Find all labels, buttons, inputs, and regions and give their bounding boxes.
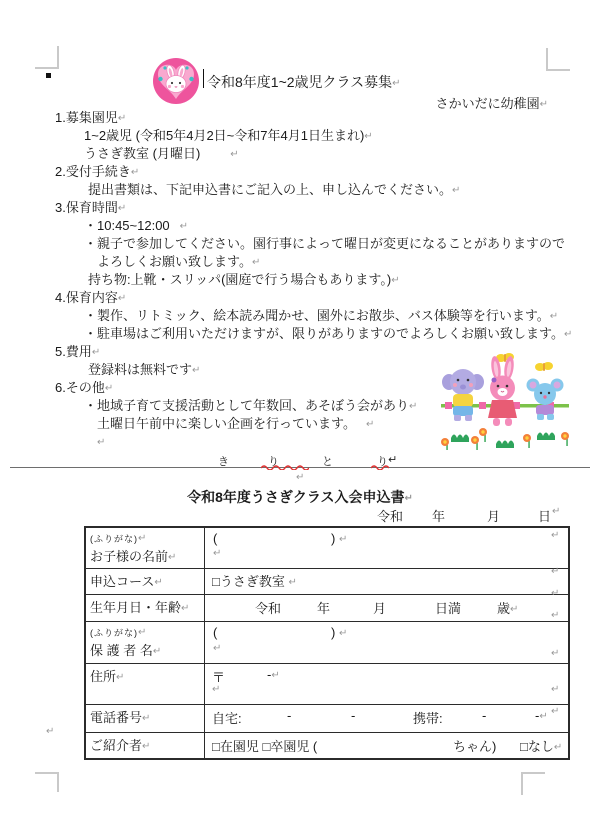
row-end-mark: ↵ xyxy=(551,530,559,541)
address-input-cell[interactable]: 〒 -↵ ↵ xyxy=(205,664,570,705)
paragraph-mark: ↵ xyxy=(252,257,260,268)
rabbit xyxy=(488,355,517,426)
paragraph-mark: ↵ xyxy=(118,113,126,124)
cutline-char: き xyxy=(218,453,229,469)
paragraph-mark: ↵ xyxy=(142,741,150,752)
paragraph-mark: ↵ xyxy=(392,78,400,89)
paragraph-mark: ↵ xyxy=(296,472,304,483)
child-name-label-cell: (ふりがな)↵ お子様の名前↵ xyxy=(85,527,205,569)
referrer-none-option: □なし↵ xyxy=(520,736,562,755)
paragraph-mark: ↵ xyxy=(192,365,200,376)
address-label-cell: 住所↵ xyxy=(85,664,205,705)
doc-line: ・親子で参加してください。園行事によって曜日が変更になることがありますので xyxy=(0,235,600,253)
birth-month: 月 xyxy=(373,598,386,617)
table-row-guardian-name: (ふりがな)↵ 保 護 者 名↵ ( ) ↵ ↵ xyxy=(85,622,569,664)
phone-home-label: 自宅: xyxy=(212,708,242,727)
doc-line: 1~2歳児 (令和5年4月2日~令和7年4月1日生まれ)↵ xyxy=(0,127,600,145)
paragraph-mark: ↵ xyxy=(288,577,296,588)
paragraph-mark: ↵ xyxy=(46,726,54,737)
guardian-name-input-cell[interactable]: ( ) ↵ ↵ xyxy=(205,622,570,664)
table-row-birthdate: 生年月日・年齢↵ 令和 年 月 日満 歳↵ xyxy=(85,595,569,622)
paragraph-mark: ↵ xyxy=(452,185,460,196)
phone-dash: - xyxy=(287,708,291,723)
butterfly xyxy=(535,362,553,371)
doc-line: 1.募集園児↵ xyxy=(0,109,600,127)
paragraph-mark: ↵ xyxy=(105,383,113,394)
date-day: 日 xyxy=(538,506,551,525)
row-end-mark: ↵ xyxy=(551,566,559,577)
paragraph-mark: ↵ xyxy=(554,742,562,753)
cutline-char: と xyxy=(322,453,333,469)
paragraph-mark: ↵ xyxy=(510,604,518,615)
paragraph-mark: ↵ xyxy=(364,131,372,142)
row-end-mark: ↵ xyxy=(551,588,559,599)
doc-line: ・製作、リトミック、絵本読み聞かせ、園外にお散歩、バス体験等を行います。↵ xyxy=(0,307,600,325)
paragraph-mark: ↵ xyxy=(213,548,221,559)
birth-year: 年 xyxy=(317,598,330,617)
paragraph-mark: ↵ xyxy=(142,713,150,724)
table-row-child-name: (ふりがな)↵ お子様の名前↵ ( ) ↵ ↵ xyxy=(85,527,569,569)
paragraph-mark: ↵ xyxy=(154,577,162,588)
course-label-cell: 申込コース↵ xyxy=(85,569,205,595)
phone-dash: -↵ xyxy=(535,708,548,723)
doc-line: うさぎ教室 (月曜日)↵ xyxy=(0,145,600,163)
table-row-phone: 電話番号↵ 自宅: - - 携帯: - -↵ xyxy=(85,705,569,733)
paragraph-mark: ↵ xyxy=(153,646,161,657)
birth-era: 令和 xyxy=(255,598,281,617)
doc-line: 2.受付手続き↵ xyxy=(0,163,600,181)
paragraph-mark: ↵ xyxy=(552,506,560,517)
course-checkbox-option: □うさぎ教室 xyxy=(212,574,285,589)
paragraph-mark: ↵ xyxy=(118,203,126,214)
spellcheck-wavy-underline xyxy=(371,464,389,470)
margin-crop-mark xyxy=(521,772,545,795)
paragraph-mark: ↵ xyxy=(181,603,189,614)
phone-mobile-label: 携帯: xyxy=(413,708,443,727)
rabbit-heart-logo-icon xyxy=(152,57,200,110)
row-end-mark: ↵ xyxy=(551,706,559,717)
table-row-referrer: ご紹介者↵ □在園児 □卒園児 ( ちゃん) □なし↵ xyxy=(85,733,569,760)
paragraph-mark: ↵ xyxy=(539,711,547,722)
paragraph-mark: ↵ xyxy=(168,552,176,563)
referrer-options: □在園児 □卒園児 ( xyxy=(212,736,317,755)
date-month: 月 xyxy=(487,506,500,525)
spellcheck-wavy-underline xyxy=(261,464,309,470)
text-cursor xyxy=(203,69,204,88)
birthdate-label-cell: 生年月日・年齢↵ xyxy=(85,595,205,622)
doc-line: 3.保育時間↵ xyxy=(0,199,600,217)
paragraph-mark: ↵ xyxy=(339,534,347,545)
margin-crop-mark xyxy=(546,48,570,71)
paragraph-mark: ↵ xyxy=(550,311,558,322)
mouse xyxy=(527,379,564,421)
page-title: 令和8年度1~2歳児クラス募集↵ xyxy=(207,72,401,92)
paragraph-mark: ↵ xyxy=(138,627,147,638)
paragraph-mark: ↵ xyxy=(212,684,220,695)
paragraph-mark: ↵ xyxy=(180,221,188,232)
furigana-paren-close: ) ↵ xyxy=(331,531,347,546)
elephant xyxy=(442,369,484,421)
row-end-mark: ↵ xyxy=(551,610,559,621)
birth-day: 日満 xyxy=(435,598,461,617)
course-checkbox-cell[interactable]: □うさぎ教室 ↵ xyxy=(205,569,570,595)
table-row-course: 申込コース↵ □うさぎ教室 ↵ xyxy=(85,569,569,595)
doc-line: 持ち物:上靴・スリッパ(園庭で行う場合もあります。)↵ xyxy=(0,271,600,289)
birthdate-input-cell[interactable]: 令和 年 月 日満 歳↵ xyxy=(205,595,570,622)
paragraph-mark: ↵ xyxy=(409,401,417,412)
paragraph-mark: ↵ xyxy=(131,167,139,178)
paragraph-mark: ↵ xyxy=(97,437,105,448)
page-title-text: 令和8年度1~2歳児クラス募集 xyxy=(207,74,392,90)
row-end-mark: ↵ xyxy=(551,648,559,659)
doc-line: 4.保育内容↵ xyxy=(0,289,600,307)
paragraph-mark: ↵ xyxy=(404,493,412,504)
word-document-page[interactable]: 令和8年度1~2歳児クラス募集↵ さかいだに幼稚園↵ 1.募集園児↵ 1~2歳児… xyxy=(0,0,600,817)
doc-line: よろしくお願い致します。↵ xyxy=(0,253,600,271)
guardian-label-cell: (ふりがな)↵ 保 護 者 名↵ xyxy=(85,622,205,664)
paragraph-mark: ↵ xyxy=(391,275,399,286)
image-anchor-bullet xyxy=(46,73,51,78)
furigana-paren-close: ) ↵ xyxy=(331,625,347,640)
paragraph-mark: ↵ xyxy=(564,329,572,340)
margin-crop-mark xyxy=(35,46,59,69)
table-row-address: 住所↵ 〒 -↵ ↵ xyxy=(85,664,569,705)
grass xyxy=(451,433,555,449)
doc-line: 提出書類は、下記申込書にご記入の上、申し込んでください。↵ xyxy=(0,181,600,199)
birth-age: 歳↵ xyxy=(497,598,518,617)
paragraph-mark: ↵ xyxy=(388,453,397,466)
paragraph-mark: ↵ xyxy=(92,347,100,358)
phone-dash: - xyxy=(351,708,355,723)
margin-crop-mark xyxy=(35,772,59,792)
form-date-line: 令和 年 月 日 ↵ xyxy=(0,506,600,524)
paragraph-mark: ↵ xyxy=(339,628,347,639)
paragraph-mark: ↵ xyxy=(230,149,238,160)
phone-dash: - xyxy=(482,708,486,723)
referrer-checkbox-cell[interactable]: □在園児 □卒園児 ( ちゃん) □なし↵ xyxy=(205,733,570,760)
referrer-chan: ちゃん) xyxy=(453,736,496,755)
form-title: 令和8年度うさぎクラス入会申込書↵ xyxy=(0,487,600,507)
application-form-table: (ふりがな)↵ お子様の名前↵ ( ) ↵ ↵ 申込コース↵ □うさぎ教室 ↵ … xyxy=(84,526,570,760)
paragraph-mark: ↵ xyxy=(366,419,374,430)
furigana-paren-open: ( xyxy=(213,531,217,546)
postal-dash: -↵ xyxy=(267,667,280,682)
row-end-mark: ↵ xyxy=(551,684,559,695)
doc-line: ・10:45~12:00↵ xyxy=(0,217,600,235)
animal-friends-illustration xyxy=(441,352,573,455)
phone-input-cell[interactable]: 自宅: - - 携帯: - -↵ xyxy=(205,705,570,733)
paragraph-mark: ↵ xyxy=(271,670,279,681)
furigana-paren-open: ( xyxy=(213,625,217,640)
paragraph-mark: ↵ xyxy=(138,533,147,544)
date-year: 年 xyxy=(432,506,445,525)
phone-label-cell: 電話番号↵ xyxy=(85,705,205,733)
date-era: 令和 xyxy=(377,506,403,525)
referrer-label-cell: ご紹介者↵ xyxy=(85,733,205,760)
paragraph-mark: ↵ xyxy=(118,293,126,304)
child-name-input-cell[interactable]: ( ) ↵ ↵ xyxy=(205,527,570,569)
paragraph-mark: ↵ xyxy=(213,643,221,654)
doc-line: ・駐車場はご利用いただけますが、限りがありますのでよろしくお願い致します。↵ xyxy=(0,325,600,343)
paragraph-mark: ↵ xyxy=(116,672,124,683)
